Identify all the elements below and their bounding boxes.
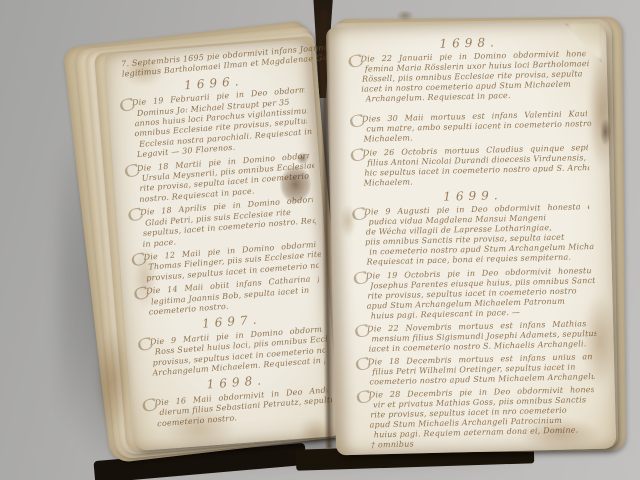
- year-heading: 1698.: [352, 35, 586, 51]
- register-entry: CDie 22 Novembris mortuus est infans Mat…: [359, 319, 594, 355]
- left-page: 7. Septembris 1695 pie obdormivit infans…: [104, 39, 339, 451]
- register-entry: CDie 19 Februarii pie in Deo obdormivitD…: [124, 86, 310, 162]
- register-entry: CDie 18 Decembris mortuus est infans uni…: [360, 352, 595, 388]
- register-entry: CDie 26 Octobris mortuus Claudius quinqu…: [355, 143, 590, 189]
- right-page: 1698.CDie 22 Januarii pie in Domino obdo…: [326, 21, 616, 456]
- left-page-text: 7. Septembris 1695 pie obdormivit infans…: [121, 45, 331, 444]
- register-entry: CDie 28 Decembris pie in Deo obdormivit …: [361, 385, 596, 451]
- register-entry: CDie 9 Martii pie in Domino obdormivit L…: [142, 324, 327, 379]
- register-entry: CDie 22 Januarii pie in Domino obdormivi…: [352, 49, 587, 105]
- register-entry: CDie 19 Octobris pie in Deo obdormivit h…: [358, 266, 593, 322]
- register-entry: CDie 9 Augusti pie in Deo obdormivit hon…: [356, 202, 591, 268]
- manuscript-photo: 7. Septembris 1695 pie obdormivit infans…: [0, 0, 640, 480]
- year-heading: 1699.: [356, 188, 590, 204]
- register-entry: CDies 30 Maii mortuus est infans Valenti…: [354, 109, 589, 145]
- right-page-text: 1698.CDie 22 Januarii pie in Domino obdo…: [352, 30, 596, 447]
